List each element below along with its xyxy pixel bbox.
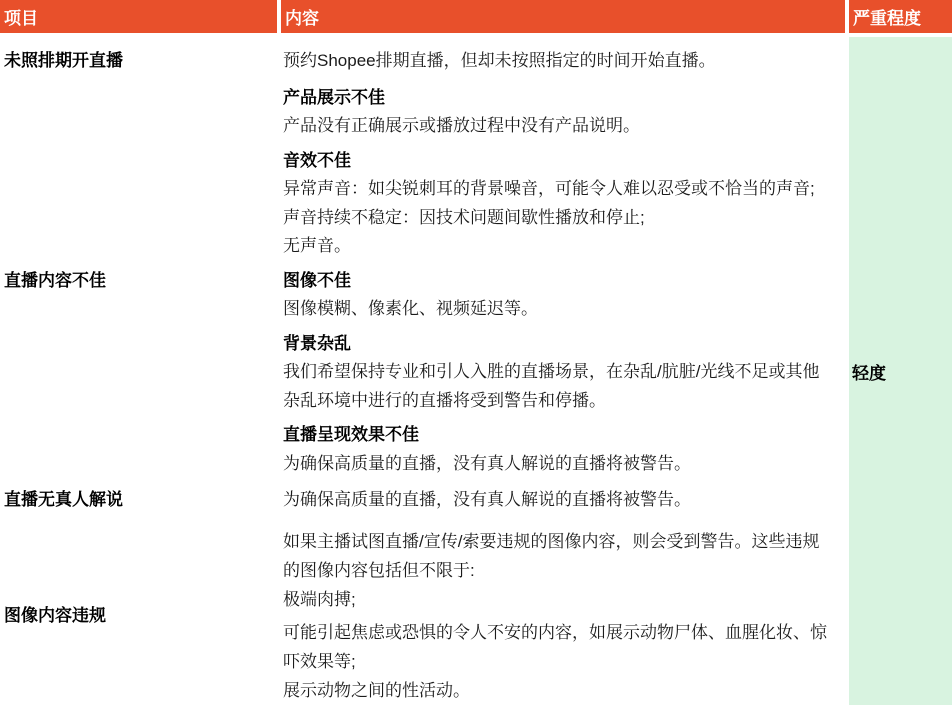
content-line: 产品没有正确展示或播放过程中没有产品说明。	[283, 112, 845, 141]
header-item-label: 项目	[4, 4, 38, 29]
row-item-cell: 直播无真人解说	[0, 486, 281, 515]
content-line: 声音持续不稳定：因技术问题间歇性播放和停止;	[283, 204, 845, 233]
header-cell-item: 项目	[0, 0, 277, 33]
content-line: 图像模糊、像素化、视频延迟等。	[283, 295, 845, 324]
header-cell-severity: 严重程度	[849, 0, 952, 33]
row-item-label: 未照排期开直播	[4, 50, 123, 72]
content-subheading: 产品展示不佳	[283, 84, 845, 113]
table-row: 图像内容违规 如果主播试图直播/宣传/索要违规的图像内容，则会受到警告。这些违规…	[0, 519, 845, 705]
rows-column: 未照排期开直播 预约Shopee排期直播，但却未按照指定的时间开始直播。 直播内…	[0, 37, 845, 705]
content-subheading: 直播呈现效果不佳	[283, 421, 845, 450]
livestream-violation-table: 项目 内容 严重程度 未照排期开直播 预约Shopee排期直播，但却未按照指定的…	[0, 0, 952, 705]
content-subheading: 音效不佳	[283, 147, 845, 176]
row-item-label: 直播内容不佳	[4, 270, 106, 292]
severity-badge: 轻度	[852, 359, 886, 384]
row-item-cell: 直播内容不佳	[0, 84, 281, 479]
row-item-cell: 图像内容违规	[0, 527, 281, 705]
content-line: 可能引起焦虑或恐惧的令人不安的内容，如展示动物尸体、血腥化妆、惊	[283, 618, 845, 647]
header-severity-label: 严重程度	[853, 4, 921, 29]
content-line: 为确保高质量的直播，没有真人解说的直播将被警告。	[283, 486, 845, 515]
content-line: 的图像内容包括但不限于:	[283, 556, 845, 585]
content-line: 预约Shopee排期直播，但却未按照指定的时间开始直播。	[283, 47, 845, 76]
row-content-cell: 如果主播试图直播/宣传/索要违规的图像内容，则会受到警告。这些违规的图像内容包括…	[281, 527, 845, 705]
content-line: 无声音。	[283, 232, 845, 261]
content-line: 杂乱环境中进行的直播将受到警告和停播。	[283, 387, 845, 416]
header-content-label: 内容	[285, 4, 319, 29]
row-item-label: 图像内容违规	[4, 605, 106, 627]
row-item-label: 直播无真人解说	[4, 489, 123, 511]
table-body: 未照排期开直播 预约Shopee排期直播，但却未按照指定的时间开始直播。 直播内…	[0, 37, 952, 705]
row-content-cell: 为确保高质量的直播，没有真人解说的直播将被警告。	[281, 486, 845, 515]
severity-cell: 轻度	[849, 37, 952, 705]
content-subheading: 背景杂乱	[283, 330, 845, 359]
table-row: 直播无真人解说 为确保高质量的直播，没有真人解说的直播将被警告。	[0, 482, 845, 519]
row-item-cell: 未照排期开直播	[0, 47, 281, 76]
content-line: 异常声音：如尖锐刺耳的背景噪音，可能令人难以忍受或不恰当的声音;	[283, 175, 845, 204]
table-row: 未照排期开直播 预约Shopee排期直播，但却未按照指定的时间开始直播。	[0, 37, 845, 80]
header-cell-content: 内容	[281, 0, 845, 33]
content-line: 吓效果等;	[283, 647, 845, 676]
content-line: 我们希望保持专业和引人入胜的直播场景，在杂乱/肮脏/光线不足或其他	[283, 358, 845, 387]
content-subheading: 图像不佳	[283, 267, 845, 296]
table-header: 项目 内容 严重程度	[0, 0, 952, 33]
row-content-cell: 预约Shopee排期直播，但却未按照指定的时间开始直播。	[281, 47, 845, 76]
content-line: 展示动物之间的性活动。	[283, 676, 845, 705]
table-row: 直播内容不佳 产品展示不佳产品没有正确展示或播放过程中没有产品说明。音效不佳异常…	[0, 80, 845, 483]
content-line: 为确保高质量的直播，没有真人解说的直播将被警告。	[283, 450, 845, 479]
content-line: 极端肉搏;	[283, 585, 845, 614]
row-content-cell: 产品展示不佳产品没有正确展示或播放过程中没有产品说明。音效不佳异常声音：如尖锐刺…	[281, 84, 845, 479]
content-line: 如果主播试图直播/宣传/索要违规的图像内容，则会受到警告。这些违规	[283, 527, 845, 556]
